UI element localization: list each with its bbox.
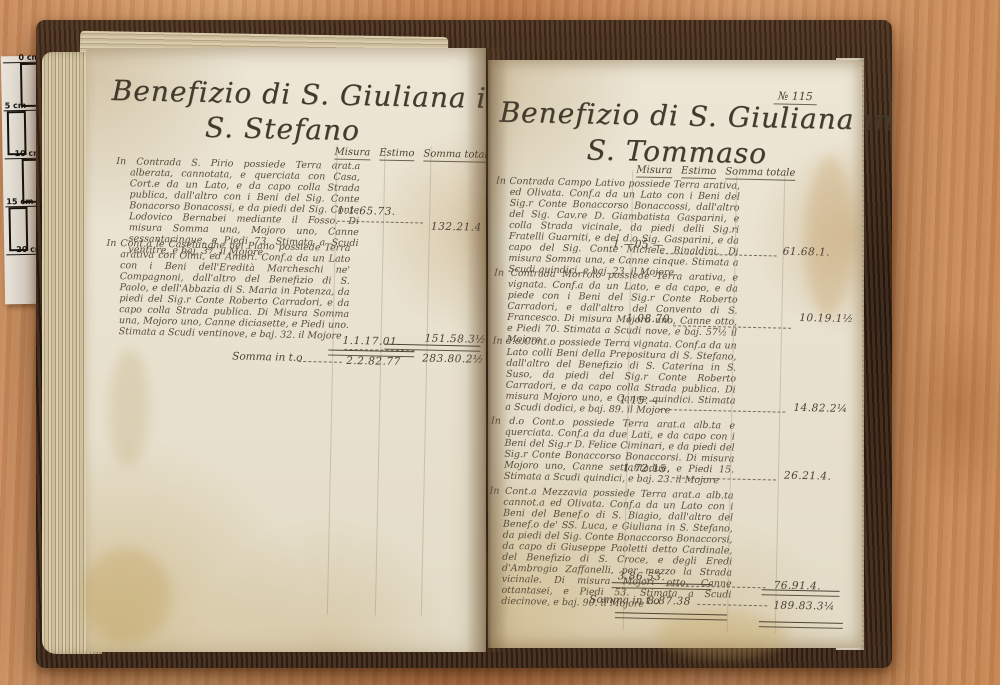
estimo-column-header: Estimo bbox=[379, 148, 414, 162]
leader-dashes bbox=[298, 361, 342, 363]
entry-misura-value: 1.1.65.73. bbox=[337, 205, 396, 218]
misura-column-header: Misura bbox=[636, 164, 672, 178]
total-misura-value: 8.87.38 bbox=[647, 595, 691, 608]
entry-misura-value: 3.86.53. bbox=[618, 570, 666, 583]
entry-text: In d.o Cont.o possiede Terra arat.a alb.… bbox=[490, 416, 735, 487]
book-gutter bbox=[466, 48, 508, 652]
entry-misura-value: 1.15.— bbox=[619, 394, 659, 407]
misura-column-header: Misura bbox=[334, 147, 370, 161]
total-misura-value: 2.2.82.77 bbox=[346, 355, 401, 368]
right-page-content: № 115 Benefizio di S. Giuliana in S. Tom… bbox=[476, 59, 862, 655]
right-page-title-line1: Benefizio di S. Giuliana in bbox=[499, 98, 893, 136]
entry-somma-value: 10.19.1½ bbox=[799, 312, 854, 325]
right-page-title-line2: S. Tommaso bbox=[586, 135, 767, 169]
ledger-entry: In d.o Cont.o possiede Terra arat.a alb.… bbox=[490, 416, 841, 487]
right-page: № 115 Benefizio di S. Giuliana in S. Tom… bbox=[488, 60, 862, 648]
entry-text: In Cont.a Mezzavia possiede Terra arat.a… bbox=[487, 485, 733, 611]
left-page-title-line1: Benefizio di S. Giuliana in bbox=[111, 76, 505, 114]
left-page-title-line2: S. Stefano bbox=[205, 113, 361, 146]
wood-grain-knot bbox=[898, 300, 1000, 520]
page-stain bbox=[108, 348, 151, 469]
entry-text: In Contrada Campo Lativo possiede Terra … bbox=[494, 176, 740, 280]
ledger-entry: In Cont.a le Caselunghe nel Piano possie… bbox=[104, 238, 476, 356]
entry-somma-value: 26.21.4. bbox=[784, 470, 832, 483]
entry-text: In Cont.a le Caselunghe nel Piano possie… bbox=[105, 238, 351, 342]
entry-text: In d.o Cont.o possiede Terra vignata. Co… bbox=[491, 336, 737, 418]
left-total-row: Somma in t.o 2.2.82.77 283.80.2½ bbox=[232, 350, 472, 371]
left-page: Benefizio di S. Giuliana in S. Stefano M… bbox=[86, 48, 486, 652]
ruler-label-5cm: 5 cm bbox=[5, 102, 27, 110]
ledger-entry: In d.o Cont.o possiede Terra vignata. Co… bbox=[491, 336, 843, 419]
entry-misura-value: 1.72.15. bbox=[623, 462, 671, 475]
total-label: Somma in t.o bbox=[232, 350, 303, 363]
entry-misura-value: 1.—05.— bbox=[613, 238, 664, 251]
leader-dashes bbox=[697, 604, 767, 606]
entry-misura-value: 1.08.70. bbox=[626, 312, 674, 325]
estimo-column-header: Estimo bbox=[681, 165, 716, 179]
entry-somma-value: 61.68.1. bbox=[783, 246, 831, 259]
total-somma-value: 189.83.3¼ bbox=[773, 599, 835, 612]
photo-scene: 0 cm 5 cm 10 cm 15 cm 20 cm Benefizio di… bbox=[0, 0, 1000, 685]
left-page-content: Benefizio di S. Giuliana in S. Stefano M… bbox=[74, 47, 487, 659]
ledger-entry: In Contrada Morrolo possiede Terra arati… bbox=[493, 268, 844, 339]
ruler-label-15cm: 15 cm bbox=[6, 198, 33, 206]
entry-somma-value: 14.82.2¼ bbox=[793, 402, 848, 415]
somma-totale-column-header: Somma totale bbox=[725, 166, 795, 180]
sum-rule bbox=[615, 612, 727, 620]
page-stain bbox=[80, 547, 172, 644]
ledger-entry: In Contrada Campo Lativo possiede Terra … bbox=[494, 176, 846, 275]
